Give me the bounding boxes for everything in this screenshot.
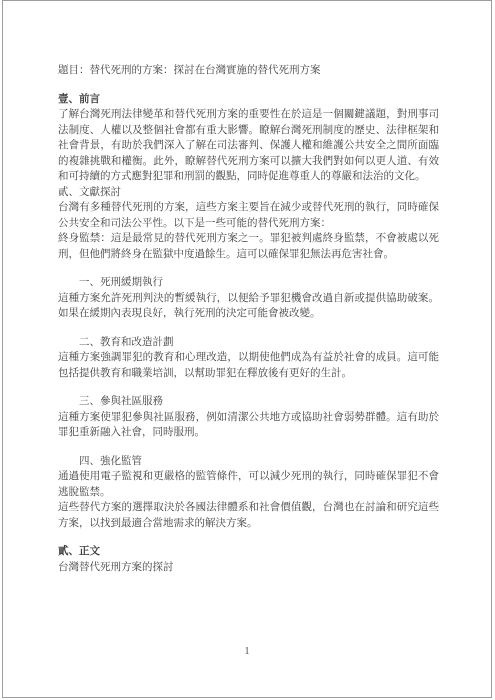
subsection-suspended-execution: 一、死刑緩期執行 這種方案允許死刑判決的暫緩執行，以便給予罪犯機會改過自新或提供… [58, 275, 439, 322]
subsection-heading: 三、參與社區服務 [58, 394, 439, 410]
literature-paragraph: 終身監禁：這是最常見的替代死刑方案之一。罪犯被判處終身監禁，不會被處以死刑，但他… [58, 231, 439, 262]
subsection-body: 這種方案使罪犯參與社區服務，例如清潔公共地方或協助社會弱勢群體。這有助於罪犯重新… [58, 410, 439, 441]
subsection-heading: 二、教育和改造計劃 [58, 335, 439, 351]
subsection-community-service: 三、參與社區服務 這種方案使罪犯參與社區服務，例如清潔公共地方或協助社會弱勢群體… [58, 394, 439, 441]
page-number: 1 [3, 644, 491, 660]
intro-paragraph: 了解台灣死刑法律變革和替代死刑方案的重要性在於這是一個關鍵議題，對刑事司法制度、… [58, 107, 439, 185]
section-heading-main: 貳、正文 [58, 544, 439, 560]
subsection-body: 通過使用電子監視和更嚴格的監管條件，可以減少死刑的執行，同時確保罪犯不會逃脫監禁… [58, 469, 439, 500]
subsection-heading: 一、死刑緩期執行 [58, 275, 439, 291]
subsection-education-reform: 二、教育和改造計劃 這種方案強調罪犯的教育和心理改造，以期使他們成為有益於社會的… [58, 335, 439, 382]
literature-paragraph: 台灣有多種替代死刑的方案，這些方案主要旨在減少或替代死刑的執行，同時確保公共安全… [58, 200, 439, 231]
section-heading-intro: 壹、前言 [58, 92, 439, 108]
document-page: 題目：替代死刑的方案：探討在台灣實施的替代死刑方案 壹、前言 了解台灣死刑法律變… [2, 0, 492, 698]
main-body-line: 台灣替代死刑方案的探討 [58, 560, 439, 576]
subsection-body: 這種方案允許死刑判決的暫緩執行，以便給予罪犯機會改過自新或提供協助破案。如果在緩… [58, 291, 439, 322]
subsection-heading: 四、強化監管 [58, 454, 439, 470]
subsection-enhanced-supervision: 四、強化監管 通過使用電子監視和更嚴格的監管條件，可以減少死刑的執行，同時確保罪… [58, 454, 439, 501]
section-heading-literature: 貳、文獻探討 [58, 185, 439, 201]
subsection-body: 這種方案強調罪犯的教育和心理改造，以期使他們成為有益於社會的成員。這可能包括提供… [58, 350, 439, 381]
document-title: 題目：替代死刑的方案：探討在台灣實施的替代死刑方案 [58, 63, 439, 79]
literature-closing-paragraph: 這些替代方案的選擇取決於各國法律體系和社會價值觀，台灣也在討論和研究這些方案，以… [58, 500, 439, 531]
